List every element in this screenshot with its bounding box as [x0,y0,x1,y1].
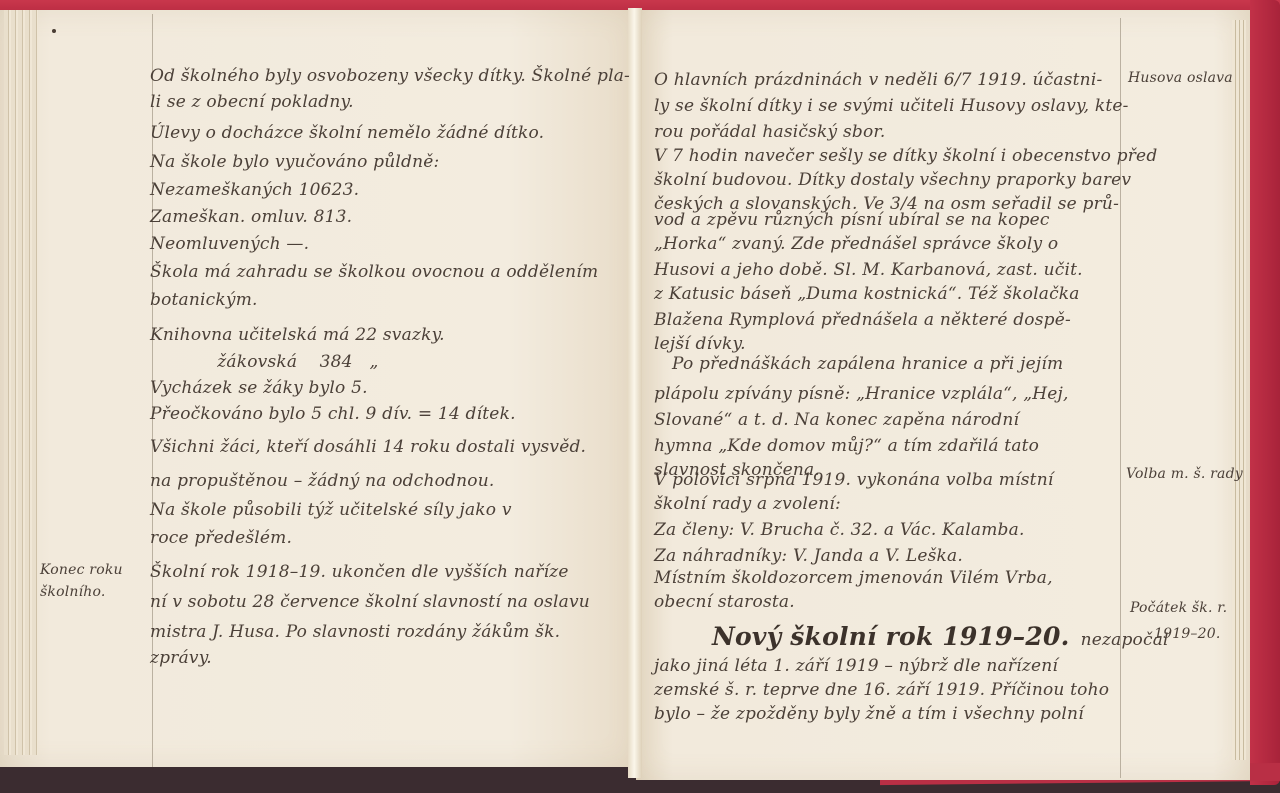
book-gutter [628,8,642,778]
text-line: Husovi a jeho době. Sl. M. Karbanová, za… [654,260,1083,280]
text-line: školní budovou. Dítky dostaly všechny pr… [654,170,1131,190]
text-line: Vycházek se žáky bylo 5. [150,378,368,398]
page-edges-left [4,10,38,755]
text-line: mistra J. Husa. Po slavnosti rozdány žák… [150,622,560,642]
text-line: roce předešlém. [150,528,292,548]
text-line: vod a zpěvu různých písní ubíral se na k… [654,210,1050,230]
text-line: Po přednáškách zapálena hranice a při je… [672,354,1063,374]
margin-note-line: Konec roku [40,562,123,578]
text-line: lejší dívky. [654,334,746,354]
text-line: Knihovna učitelská má 22 svazky. [150,325,445,345]
text-line: obecní starosta. [654,592,795,612]
text-line: Všichni žáci, kteří dosáhli 14 roku dost… [150,437,586,457]
text-line: Nezameškaných 10623. [150,180,359,200]
text-line: zprávy. [150,648,212,668]
text-line: botanickým. [150,290,258,310]
text-line: plápolu zpívány písně: „Hranice vzplála“… [654,384,1069,404]
text-line: bylo – že zpožděny byly žně a tím i všec… [654,704,1084,724]
margin-note-council-election: Volba m. š. rady [1126,466,1243,482]
text-line: Neomluvených —. [150,234,309,254]
text-line: školní rady a zvolení: [654,494,841,514]
text-line: Za náhradníky: V. Janda a V. Leška. [654,546,963,566]
section-heading: Nový školní rok 1919–20. [712,622,1069,651]
text-line: Škola má zahradu se školkou ovocnou a od… [150,262,598,282]
text-line: O hlavních prázdninách v neděli 6/7 1919… [654,70,1102,90]
text-line: Zameškan. omluv. 813. [150,207,352,227]
text-line: Přeočkováno bylo 5 chl. 9 dív. = 14 díte… [150,404,516,424]
text-line: Školní rok 1918–19. ukončen dle vyšších … [150,562,569,582]
text-line: V 7 hodin navečer sešly se dítky školní … [654,146,1157,166]
text-line: jako jiná léta 1. září 1919 – nýbrž dle … [654,656,1058,676]
new-school-year-heading-line: Nový školní rok 1919–20. nezapočal [712,622,1169,651]
text-line: Blažena Rymplová přednášela a některé do… [654,310,1071,330]
text-line: Místním školdozorcem jmenován Vilém Vrba… [654,568,1053,588]
text-line: zemské š. r. teprve dne 16. září 1919. P… [654,680,1109,700]
text-line: Za členy: V. Brucha č. 32. a Vác. Kalamb… [654,520,1025,540]
margin-note-hus-celebration: Husova oslava [1128,70,1233,86]
text-line: Úlevy o docházce školní nemělo žádné dít… [150,123,544,143]
text-line: žákovská 384 „ [150,352,379,372]
margin-note-line: školního. [40,584,106,600]
ink-dot [52,29,56,33]
text-line: ly se školní dítky i se svými učiteli Hu… [654,96,1129,116]
right-margin-rule [1120,18,1121,778]
text-line: Slované“ a t. d. Na konec zapěna národní [654,410,1019,430]
text-line: V polovici srpna 1919. vykonána volba mí… [654,470,1053,490]
text-line: Od školného byly osvobozeny všecky dítky… [150,66,630,86]
book-cover-right [1250,0,1280,785]
text-line: „Horka“ zvaný. Zde přednášel správce ško… [654,234,1058,254]
margin-note-school-year-start: Počátek šk. r. [1130,600,1227,616]
text-line: ní v sobotu 28 července školní slavností… [150,592,590,612]
text-line: nezapočal [1081,630,1169,650]
text-line: li se z obecní pokladny. [150,92,354,112]
text-line: Na škole bylo vyučováno půldně: [150,152,439,172]
text-line: na propuštěnou – žádný na odchodnou. [150,471,494,491]
text-line: hymna „Kde domov můj?“ a tím zdařilá tat… [654,436,1039,456]
page-edges-right [1232,20,1246,760]
text-line: z Katusic báseň „Duma kostnická“. Též šk… [654,284,1080,304]
text-line: Na škole působili týž učitelské síly jak… [150,500,512,520]
text-line: rou pořádal hasičský sbor. [654,122,885,142]
